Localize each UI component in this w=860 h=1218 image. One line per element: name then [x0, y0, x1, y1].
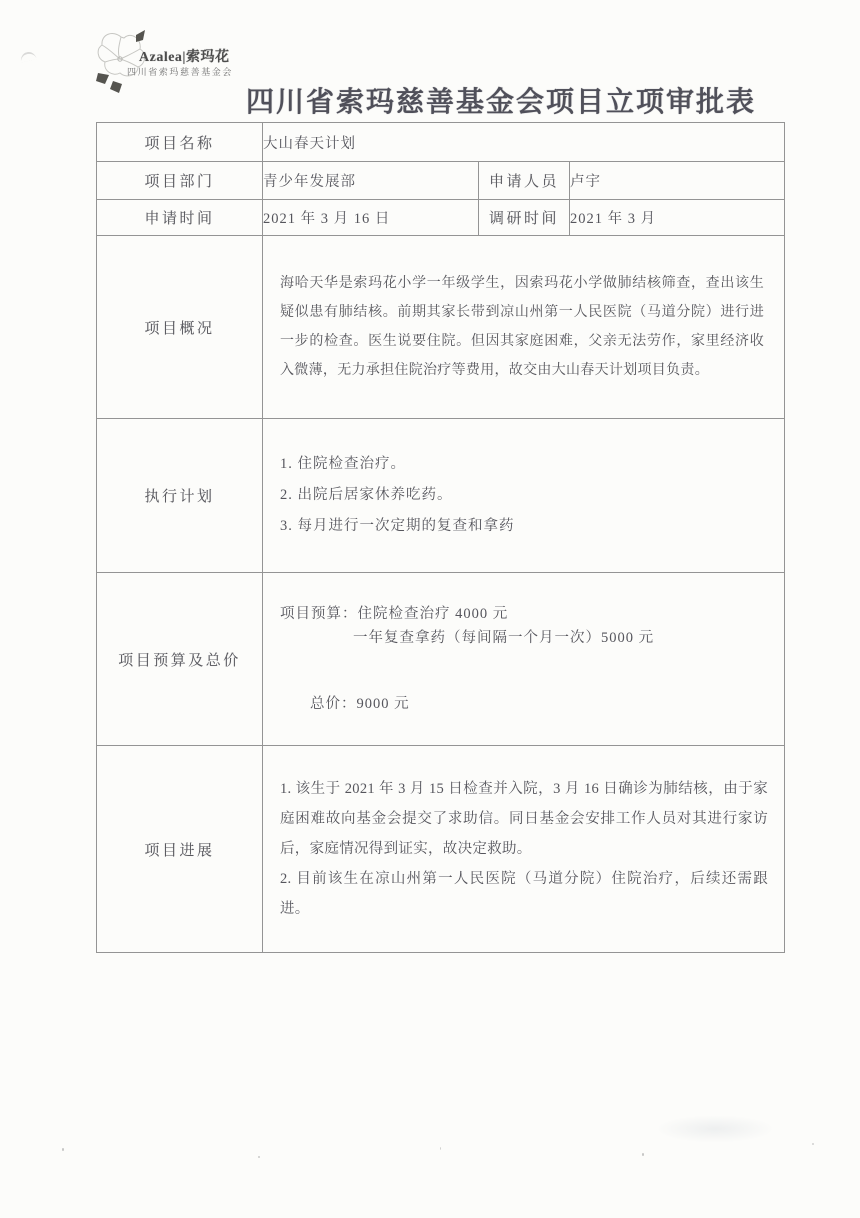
- row-progress: 项目进展 1. 该生于 2021 年 3 月 15 日检查并入院，3 月 16 …: [97, 746, 785, 953]
- plan-item: 2. 出院后居家休养吃药。: [263, 480, 784, 511]
- research-date-value: 2021 年 3 月: [570, 200, 785, 236]
- plan-item: 1. 住院检查治疗。: [263, 449, 784, 480]
- project-name-label: 项目名称: [97, 123, 263, 162]
- progress-item: 1. 该生于 2021 年 3 月 15 日检查并入院，3 月 16 日确诊为肺…: [280, 774, 768, 864]
- overview-label: 项目概况: [97, 236, 263, 419]
- scan-smudge: [655, 1115, 775, 1143]
- department-value: 青少年发展部: [263, 162, 479, 200]
- plan-label: 执行计划: [97, 419, 263, 573]
- budget-label: 项目预算及总价: [97, 573, 263, 746]
- scan-speck: [440, 1147, 441, 1150]
- project-name-value: 大山春天计划: [263, 123, 785, 162]
- budget-line-2: 一年复查拿药（每间隔一个月一次）5000 元: [353, 626, 784, 650]
- apply-date-value: 2021 年 3 月 16 日: [263, 200, 479, 236]
- applicant-value: 卢宇: [570, 162, 785, 200]
- progress-label: 项目进展: [97, 746, 263, 953]
- logo-brand-text: Azalea|索玛花: [139, 46, 230, 66]
- research-date-label: 调研时间: [479, 200, 570, 236]
- plan-item: 3. 每月进行一次定期的复查和拿药: [263, 511, 784, 542]
- plan-cell: 1. 住院检查治疗。 2. 出院后居家休养吃药。 3. 每月进行一次定期的复查和…: [263, 419, 785, 573]
- budget-cell: 项目预算：住院检查治疗 4000 元 一年复查拿药（每间隔一个月一次）5000 …: [263, 573, 785, 746]
- overview-text: 海哈天华是索玛花小学一年级学生，因索玛花小学做肺结核筛查，查出该生疑似患有肺结核…: [263, 269, 784, 385]
- row-dates: 申请时间 2021 年 3 月 16 日 调研时间 2021 年 3 月: [97, 200, 785, 236]
- progress-cell: 1. 该生于 2021 年 3 月 15 日检查并入院，3 月 16 日确诊为肺…: [263, 746, 785, 953]
- apply-date-label: 申请时间: [97, 200, 263, 236]
- logo-subtitle-text: 四川省索玛慈善基金会: [127, 65, 233, 78]
- budget-line-1: 项目预算：住院检查治疗 4000 元: [280, 602, 784, 626]
- row-overview: 项目概况 海哈天华是索玛花小学一年级学生，因索玛花小学做肺结核筛查，查出该生疑似…: [97, 236, 785, 419]
- row-plan: 执行计划 1. 住院检查治疗。 2. 出院后居家休养吃药。 3. 每月进行一次定…: [97, 419, 785, 573]
- department-label: 项目部门: [97, 162, 263, 200]
- approval-form-table: 项目名称 大山春天计划 项目部门 青少年发展部 申请人员 卢宇 申请时间 202…: [96, 122, 785, 953]
- form-title: 四川省索玛慈善基金会项目立项审批表: [246, 80, 756, 120]
- scanned-document-page: Azalea|索玛花 四川省索玛慈善基金会 四川省索玛慈善基金会项目立项审批表 …: [0, 0, 860, 1218]
- progress-item: 2. 目前该生在凉山州第一人民医院（马道分院）住院治疗，后续还需跟进。: [280, 864, 768, 924]
- overview-cell: 海哈天华是索玛花小学一年级学生，因索玛花小学做肺结核筛查，查出该生疑似患有肺结核…: [263, 236, 785, 419]
- scan-speck: [258, 1156, 260, 1158]
- scan-mark: [19, 50, 37, 62]
- scan-speck: [62, 1148, 64, 1151]
- budget-total: 总价：9000 元: [310, 692, 784, 716]
- applicant-label: 申请人员: [479, 162, 570, 200]
- row-department: 项目部门 青少年发展部 申请人员 卢宇: [97, 162, 785, 200]
- scan-speck: [812, 1143, 814, 1145]
- row-project-name: 项目名称 大山春天计划: [97, 123, 785, 162]
- scan-speck: [642, 1153, 644, 1156]
- row-budget: 项目预算及总价 项目预算：住院检查治疗 4000 元 一年复查拿药（每间隔一个月…: [97, 573, 785, 746]
